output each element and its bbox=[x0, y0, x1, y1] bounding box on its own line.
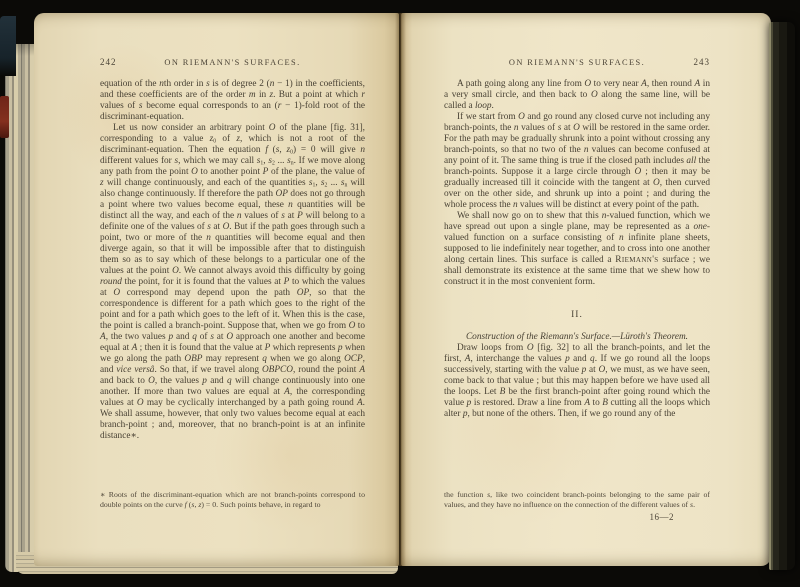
open-book-photo: 242 ON RIEMANN'S SURFACES. equation of t… bbox=[0, 0, 800, 587]
left-page-header: 242 ON RIEMANN'S SURFACES. bbox=[100, 57, 365, 67]
right-page-number: 243 bbox=[676, 57, 710, 67]
left-page-body: equation of the nth order in s is of deg… bbox=[100, 79, 365, 442]
right-running-head: ON RIEMANN'S SURFACES. bbox=[478, 58, 676, 67]
paragraph: A path going along any line from O to ve… bbox=[444, 79, 710, 112]
section-number: II. bbox=[444, 310, 710, 321]
section-title: Construction of the Riemann's Surface.—L… bbox=[444, 332, 710, 343]
right-cover-edge bbox=[769, 22, 795, 570]
paragraph: We shall now go on to shew that this n-v… bbox=[444, 211, 710, 288]
left-cover-red-accent bbox=[0, 96, 9, 138]
right-page: ON RIEMANN'S SURFACES. 243 A path going … bbox=[401, 13, 771, 566]
book-gutter bbox=[395, 13, 406, 566]
left-page-number: 242 bbox=[100, 57, 134, 67]
paragraph: If we start from O and go round any clos… bbox=[444, 112, 710, 211]
right-page-body: A path going along any line from O to ve… bbox=[444, 79, 710, 420]
paragraph: Let us now consider an arbitrary point O… bbox=[100, 123, 365, 442]
footnote-text: ∗ Roots of the discriminant-equation whi… bbox=[100, 490, 365, 510]
left-running-head: ON RIEMANN'S SURFACES. bbox=[134, 58, 331, 67]
paragraph: equation of the nth order in s is of deg… bbox=[100, 79, 365, 123]
left-page-footnote: ∗ Roots of the discriminant-equation whi… bbox=[100, 490, 365, 510]
left-page: 242 ON RIEMANN'S SURFACES. equation of t… bbox=[34, 13, 399, 566]
right-page-footnote: the function s, like two coincident bran… bbox=[444, 490, 710, 522]
left-cover-edge bbox=[0, 16, 16, 76]
footnote-text: the function s, like two coincident bran… bbox=[444, 490, 710, 510]
right-page-header: ON RIEMANN'S SURFACES. 243 bbox=[444, 57, 710, 67]
printer-signature: 16—2 bbox=[444, 513, 710, 523]
paragraph: Draw loops from O [fig. 32] to all the b… bbox=[444, 343, 710, 420]
